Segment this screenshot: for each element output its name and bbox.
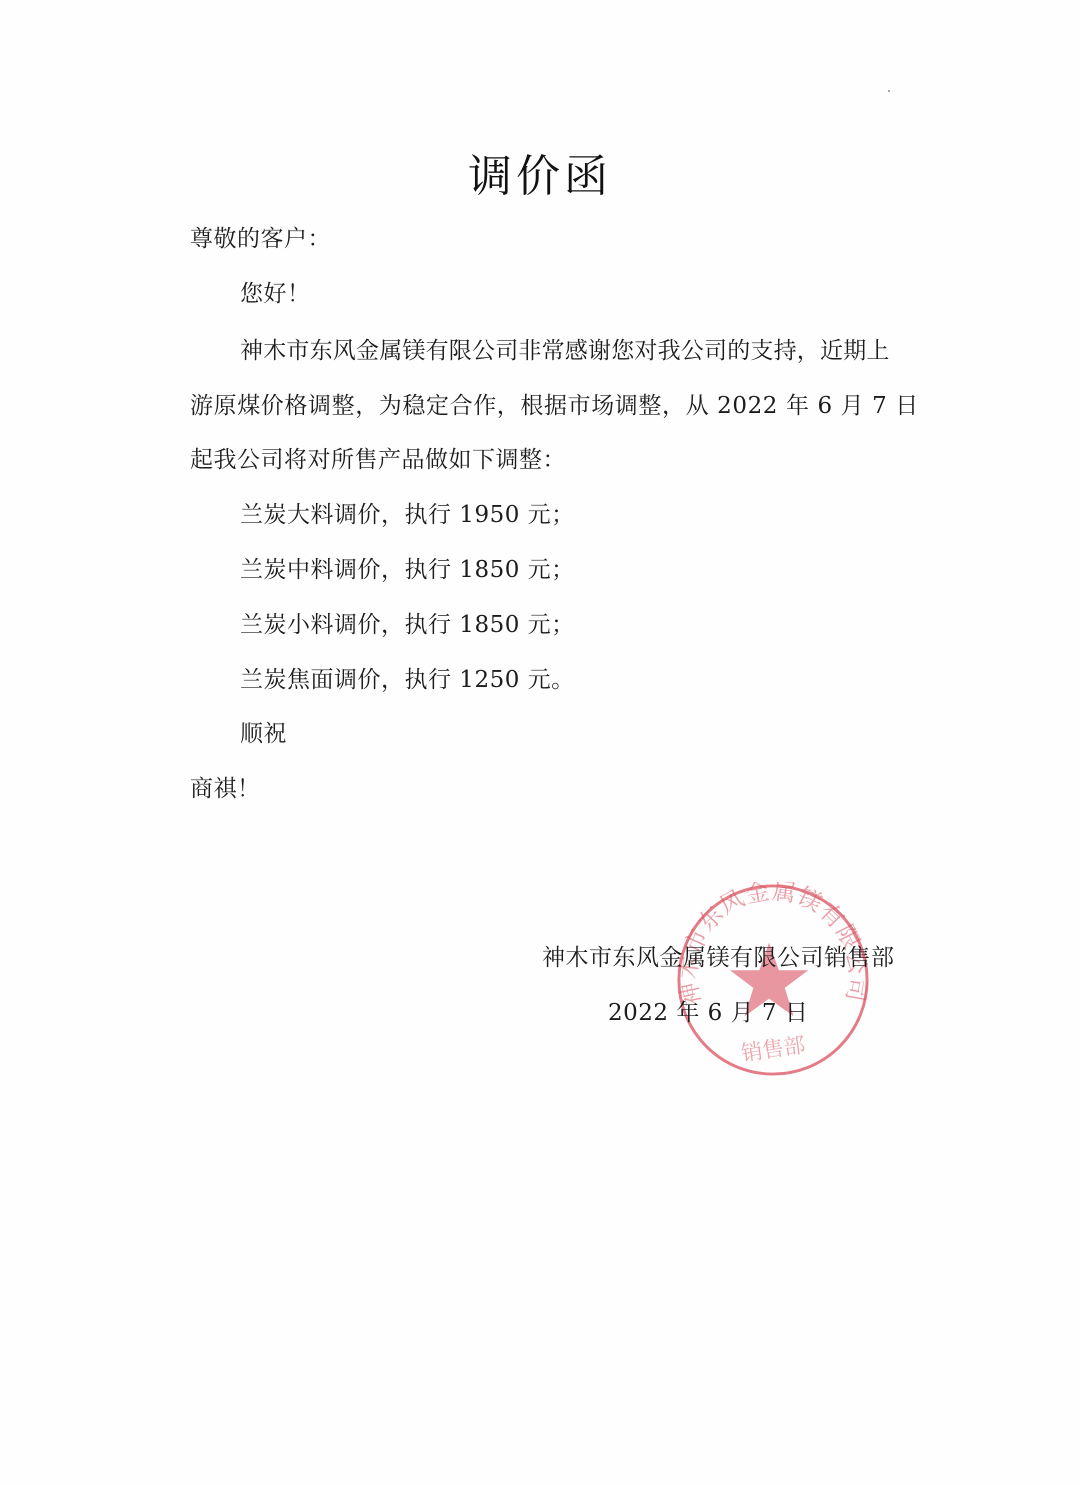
letter-page: 调价函 尊敬的客户： 您好！ 神木市东风金属镁有限公司非常感谢您对我公司的支持，… (0, 0, 1080, 1485)
price-item-coke-powder: 兰炭焦面调价，执行 1250 元。 (240, 661, 575, 694)
body-line-2: 游原煤价格调整，为稳定合作，根据市场调整，从 2022 年 6 月 7 日 (190, 387, 919, 420)
signature-date: 2022 年 6 月 7 日 (608, 994, 808, 1027)
body-line-1: 神木市东风金属镁有限公司非常感谢您对我公司的支持，近期上 (240, 332, 890, 365)
price-item-small: 兰炭小料调价，执行 1850 元； (240, 606, 575, 639)
document-title: 调价函 (0, 140, 1080, 204)
body-line-3: 起我公司将对所售产品做如下调整： (190, 441, 566, 474)
price-item-large: 兰炭大料调价，执行 1950 元； (240, 496, 575, 529)
closing-regards: 商祺！ (190, 770, 261, 803)
greeting: 您好！ (240, 275, 311, 308)
signature-company: 神木市东风金属镁有限公司销售部 (542, 939, 895, 972)
salutation: 尊敬的客户： (190, 220, 331, 253)
closing-wish: 顺祝 (240, 715, 287, 748)
price-item-medium: 兰炭中料调价，执行 1850 元； (240, 551, 575, 584)
scan-speck (888, 90, 890, 92)
svg-text:销售部: 销售部 (739, 1033, 806, 1067)
company-stamp: 神木市东风金属镁有限公司 销售部 (675, 882, 871, 1078)
